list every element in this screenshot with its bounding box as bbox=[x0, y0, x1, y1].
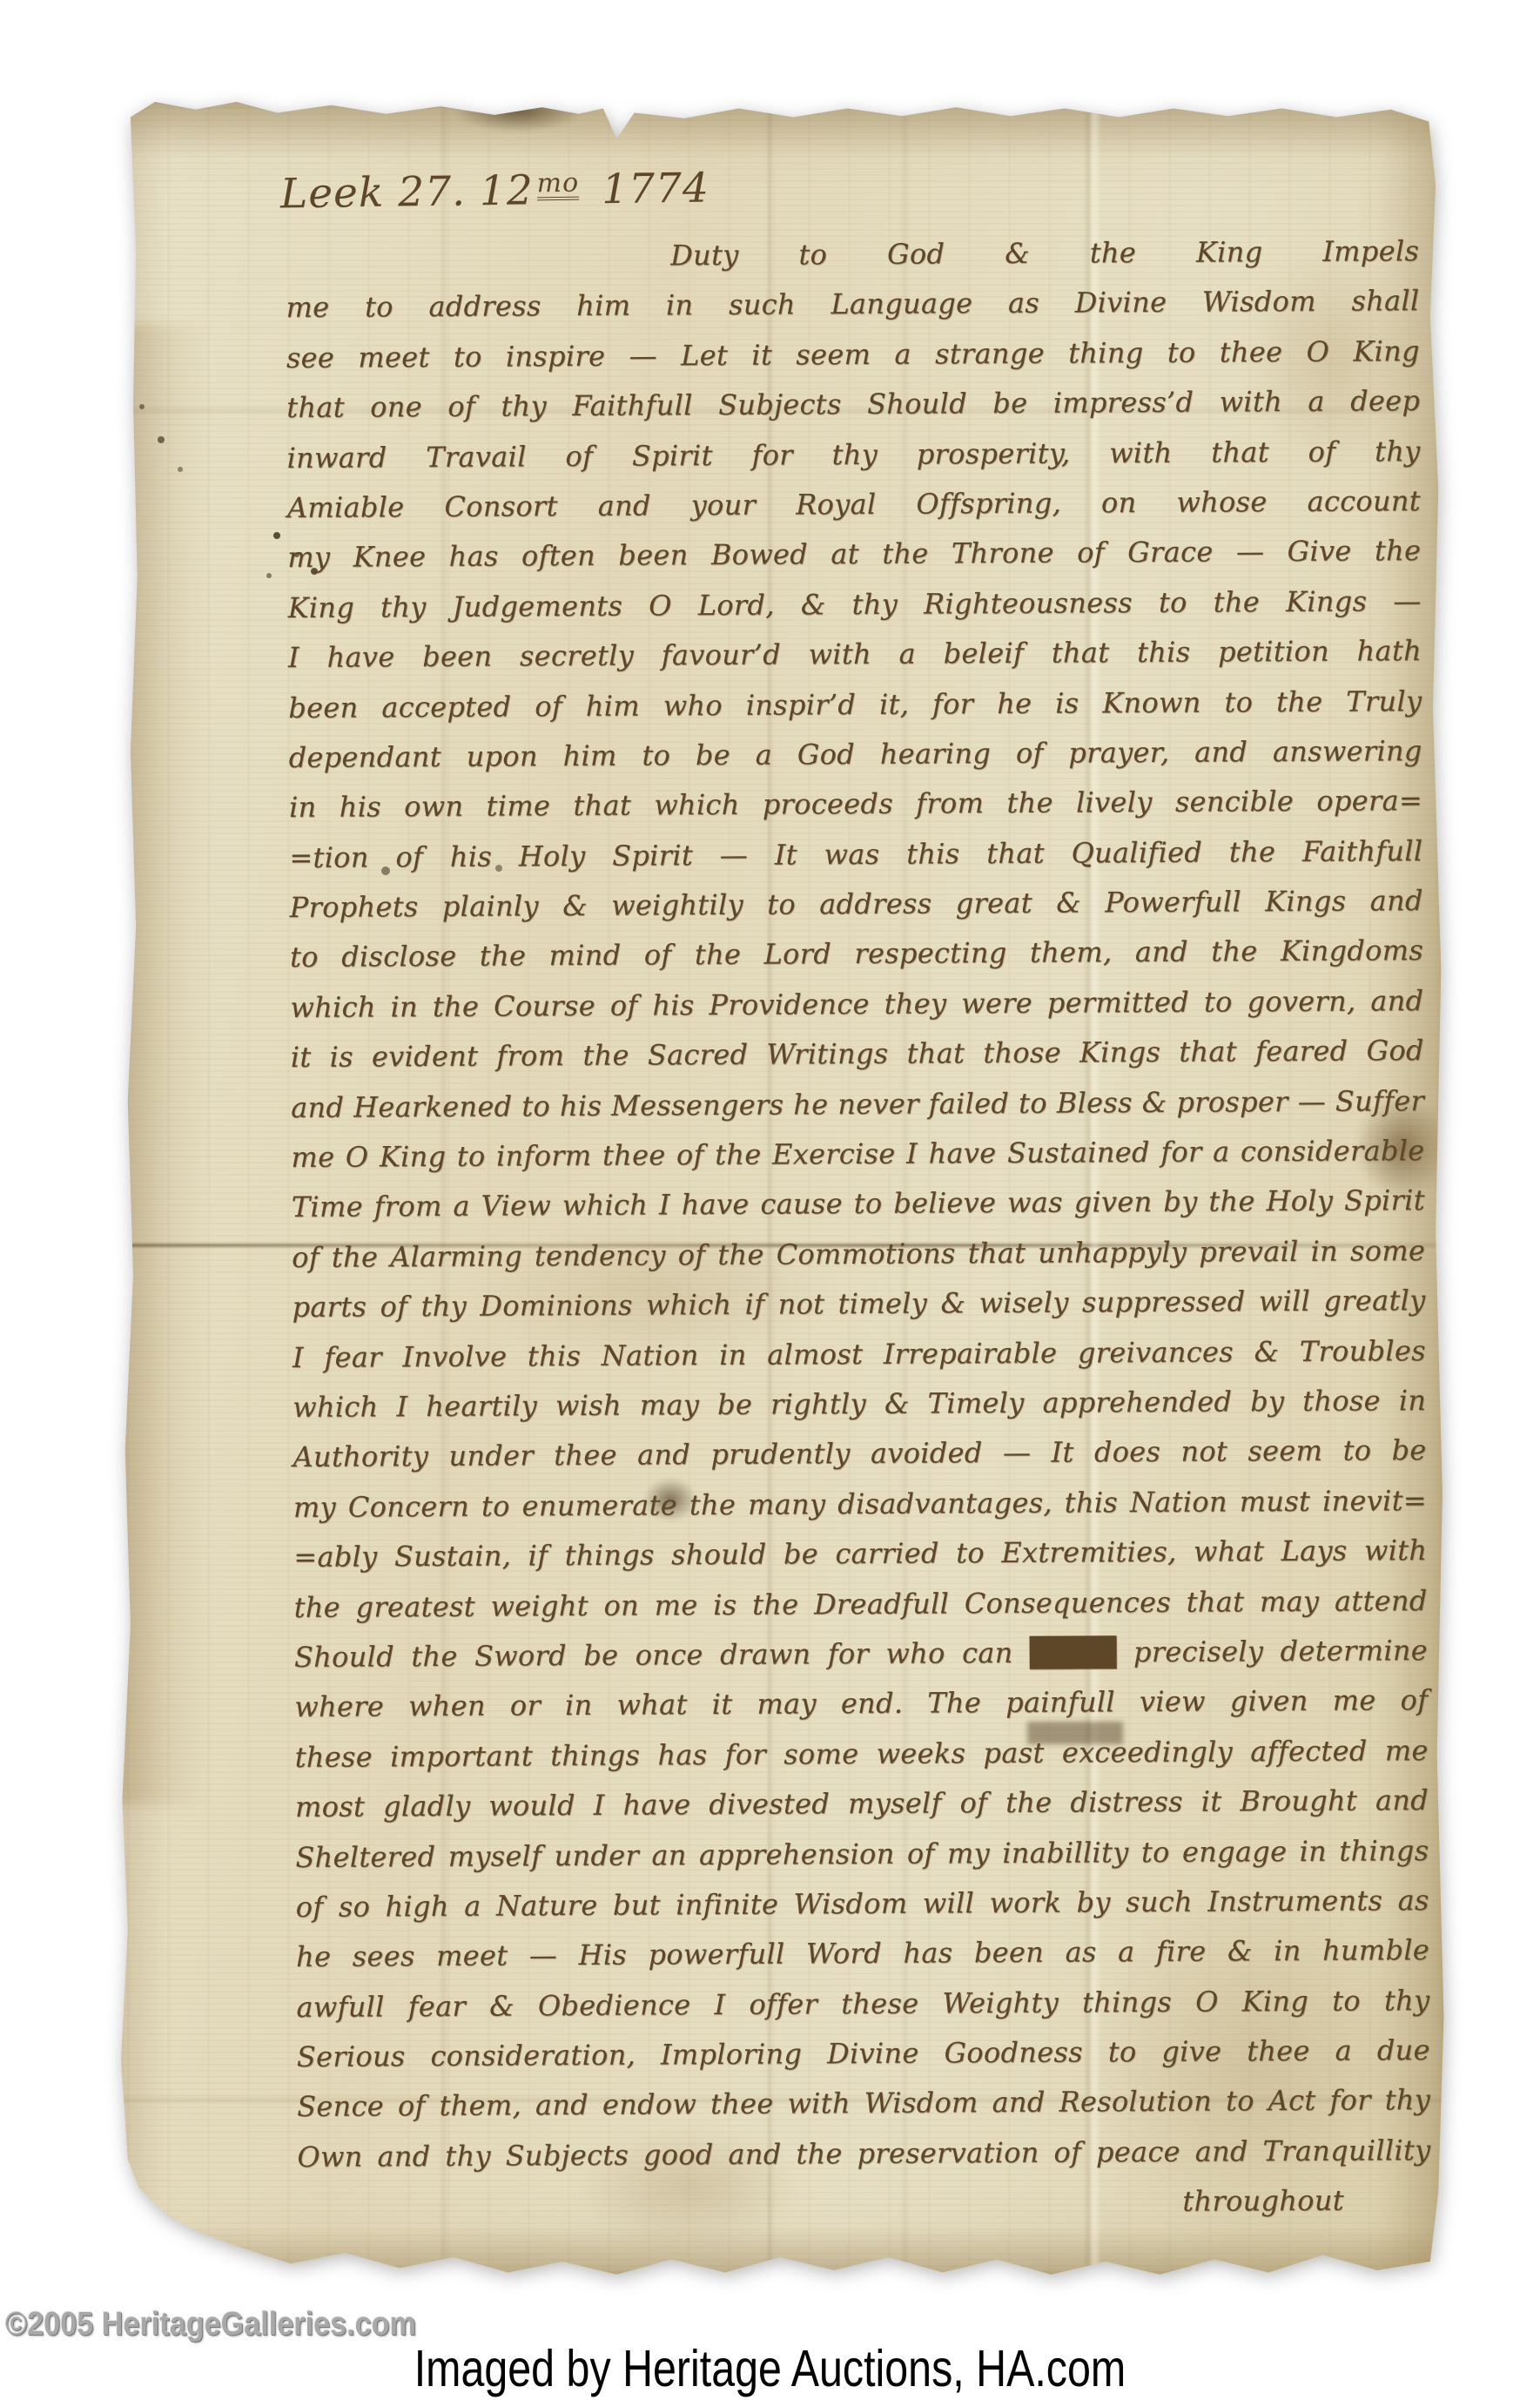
manuscript-line: I fear Involve this Nation in almost Irr… bbox=[293, 1326, 1426, 1383]
manuscript-line: Sence of them, and endow thee with Wisdo… bbox=[297, 2075, 1430, 2132]
manuscript-line: dependant upon him to be a God hearing o… bbox=[289, 726, 1422, 783]
manuscript-line: most gladly would I have divested myself… bbox=[295, 1776, 1429, 1832]
manuscript-line: it is evident from the Sacred Writings t… bbox=[291, 1026, 1424, 1082]
manuscript-line: throughout bbox=[298, 2175, 1431, 2232]
heritage-watermark: ©2005 HeritageGalleries.com bbox=[5, 2306, 416, 2343]
manuscript-line: he sees meet — His powerfull Word has be… bbox=[296, 1925, 1429, 1982]
manuscript-page: Leek 27. 12mo1774 Duty to God & the King… bbox=[87, 98, 1445, 2279]
manuscript-line: Authority under thee and prudently avoid… bbox=[293, 1426, 1426, 1482]
manuscript-line: where when or in what it may end. The pa… bbox=[294, 1675, 1428, 1732]
manuscript-body: Duty to God & the King Impelsme to addre… bbox=[286, 226, 1431, 2233]
manuscript-line: which I heartily wish may be rightly & T… bbox=[293, 1376, 1426, 1433]
manuscript-line: that one of thy Faithfull Subjects Shoul… bbox=[286, 376, 1420, 433]
manuscript-line: =ably Sustain, if things should be carri… bbox=[293, 1526, 1427, 1582]
manuscript-line: parts of thy Dominions which if not time… bbox=[292, 1276, 1425, 1332]
manuscript-line: been accepted of him who inspir’d it, fo… bbox=[288, 677, 1422, 733]
manuscript-line: these important things has for some week… bbox=[295, 1726, 1429, 1783]
manuscript-line: the greatest weight on me is the Dreadfu… bbox=[293, 1576, 1427, 1633]
ink-speckles bbox=[87, 98, 92, 103]
manuscript-line: of the Alarming tendency of the Commotio… bbox=[292, 1226, 1425, 1283]
manuscript-line: and Hearkened to his Messengers he never… bbox=[291, 1076, 1424, 1133]
manuscript-wrapper: Leek 27. 12mo1774 Duty to God & the King… bbox=[0, 0, 1540, 2400]
manuscript-line: my Concern to enumerate the many disadva… bbox=[293, 1476, 1427, 1533]
manuscript-line: in his own time that which proceeds from… bbox=[289, 776, 1422, 833]
manuscript-line: Prophets plainly & weightily to address … bbox=[290, 876, 1423, 933]
manuscript-line: Amiable Consort and your Royal Offspring… bbox=[287, 476, 1421, 533]
manuscript-line: Serious consideration, Imploring Divine … bbox=[297, 2026, 1430, 2082]
manuscript-line: inward Travail of Spirit for thy prosper… bbox=[286, 427, 1420, 483]
manuscript-line: my Knee has often been Bowed at the Thro… bbox=[287, 526, 1421, 583]
manuscript-line: =tion of his Holy Spirit — It was this t… bbox=[289, 826, 1422, 883]
manuscript-line: Should the Sword be once drawn for who c… bbox=[294, 1626, 1428, 1682]
manuscript-line: to disclose the mind of the Lord respect… bbox=[290, 927, 1423, 983]
imaging-caption: Imaged by Heritage Auctions, HA.com bbox=[414, 2339, 1126, 2398]
dateline-place-day: Leek 27. 12 bbox=[280, 166, 535, 218]
manuscript-line: King thy Judgements O Lord, & thy Righte… bbox=[287, 576, 1421, 633]
manuscript-line: awfull fear & Obedience I offer these We… bbox=[296, 1976, 1429, 2033]
manuscript-line: Time from a View which I have cause to b… bbox=[292, 1176, 1425, 1232]
manuscript-line: Sheltered myself under an apprehension o… bbox=[295, 1826, 1429, 1883]
dateline-month-superscript: mo bbox=[536, 171, 579, 201]
manuscript-line: me O King to inform thee of the Exercise… bbox=[291, 1126, 1424, 1183]
manuscript-line: Duty to God & the King Impels bbox=[286, 226, 1419, 283]
scan-background: Leek 27. 12mo1774 Duty to God & the King… bbox=[0, 0, 1540, 2400]
manuscript-line: Own and thy Subjects good and the preser… bbox=[297, 2126, 1430, 2182]
manuscript-content: Leek 27. 12mo1774 Duty to God & the King… bbox=[87, 98, 1445, 2279]
manuscript-line: of so high a Nature but infinite Wisdom … bbox=[296, 1876, 1429, 1932]
manuscript-line: see meet to inspire — Let it seem a stra… bbox=[286, 327, 1420, 383]
dateline: Leek 27. 12mo1774 bbox=[280, 165, 710, 219]
manuscript-line: which in the Course of his Providence th… bbox=[290, 976, 1423, 1033]
manuscript-line: I have been secretly favour’d with a bel… bbox=[288, 626, 1422, 683]
manuscript-line: me to address him in such Language as Di… bbox=[286, 276, 1419, 333]
imaging-caption-row: Imaged by Heritage Auctions, HA.com bbox=[0, 2339, 1540, 2398]
dateline-year: 1774 bbox=[602, 165, 709, 214]
